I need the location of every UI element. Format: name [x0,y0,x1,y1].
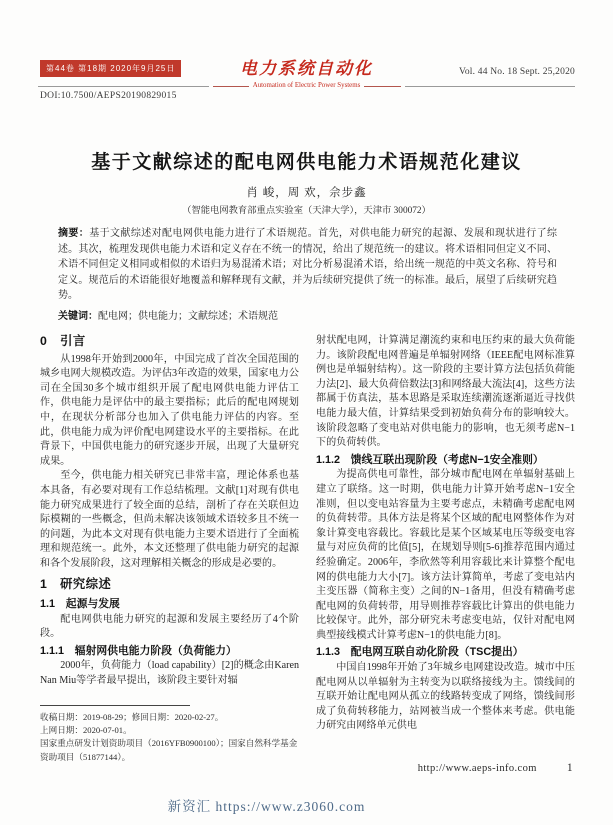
authors: 肖 峻，周 欢，佘步鑫 [0,184,613,200]
journal-site-url: http://www.aeps-info.com [418,763,537,774]
heading-origin: 1.1 起源与发展 [40,597,299,612]
footnote-block: 收稿日期：2019-08-29；修回日期：2020-02-27。 上网日期：20… [40,700,299,764]
paragraph: 从1998年开始到2000年，中国完成了首次全国范围的城乡电网大规模改造。为评估… [40,353,299,470]
paragraph: 至今，供电能力相关研究已非常丰富，理论体系也基本具备，有必要对现有工作总结梳理。… [40,469,299,571]
heading-stage2: 1.1.2 馈线互联出现阶段（考虑N−1安全准则） [316,453,575,468]
heading-introduction: 0 引言 [40,334,299,349]
journal-name-cn: 电力系统自动化 [213,57,401,82]
right-column: 射状配电网，计算满足潮流约束和电压约束的最大负荷能力。该阶段配电网普遍是单辐射网… [316,334,575,764]
paper-title: 基于文献综述的配电网供电能力术语规范化建议 [20,147,593,174]
footnote-funding: 国家重点研发计划资助项目（2016YFB0900100）；国家自然科学基金资助项… [40,737,299,764]
paragraph-continued: 射状配电网，计算满足潮流约束和电压约束的最大负荷能力。该阶段配电网普遍是单辐射网… [316,334,575,451]
keywords-row: 关键词：配电网；供电能力；文献综述；术语规范 [58,309,557,325]
doi-text: DOI:10.7500/AEPS20190829015 [40,91,177,101]
page-number: 1 [567,762,573,774]
journal-logo: 电力系统自动化 Automation of Electric Power Sys… [209,57,405,91]
abstract-paragraph: 摘要：基于文献综述对配电网供电能力进行了术语规范。首先，对供电能力研究的起源、发… [58,226,557,304]
keywords-text: 配电网；供电能力；文献综述；术语规范 [98,311,278,322]
journal-name-en: Automation of Electric Power Systems [213,82,401,91]
body-columns: 0 引言 从1998年开始到2000年，中国完成了首次全国范围的城乡电网大规模改… [40,334,575,764]
paragraph: 配电网供电能力研究的起源和发展主要经历了4个阶段。 [40,613,299,642]
paragraph: 中国自1998年开始了3年城乡电网建设改造。城市中压配电网从以单辐射为主转变为以… [316,661,575,734]
abstract-text: 基于文献综述对配电网供电能力进行了术语规范。首先，对供电能力研究的起源、发展和现… [58,228,557,301]
heading-stage3: 1.1.3 配电网互联自动化阶段（TSC提出） [316,645,575,660]
volume-info: Vol. 44 No. 18 Sept. 25,2020 [459,67,575,77]
left-column: 0 引言 从1998年开始到2000年，中国完成了首次全国范围的城乡电网大规模改… [40,334,299,764]
heading-stage1: 1.1.1 辐射网供电能力阶段（负荷能力） [40,644,299,659]
keywords-label: 关键词： [58,311,98,322]
footnote-online-date: 上网日期：2020-07-01。 [40,724,299,737]
footnote-dates: 收稿日期：2019-08-29；修回日期：2020-02-27。 [40,711,299,724]
issue-info-badge: 第44卷 第18期 2020年9月25日 [40,60,181,77]
watermark-text: 新资汇 https://www.z3060.com [0,795,533,815]
abstract-block: 摘要：基于文献综述对配电网供电能力进行了术语规范。首先，对供电能力研究的起源、发… [58,226,557,324]
paragraph: 为提高供电可靠性，部分城市配电网在单辐射基础上建立了联络。这一时期，供电能力计算… [316,468,575,643]
affiliation: （智能电网教育部重点实验室（天津大学），天津市 300072） [0,202,613,216]
paragraph: 2000年，负荷能力（load capability）[2]的概念由Karen … [40,659,299,688]
footnote-divider [40,705,190,706]
journal-footer: http://www.aeps-info.com 1 [305,762,573,774]
paper-page: 第44卷 第18期 2020年9月25日 DOI:10.7500/AEPS201… [0,0,613,825]
journal-header: 第44卷 第18期 2020年9月25日 DOI:10.7500/AEPS201… [38,60,575,106]
heading-review: 1 研究综述 [40,577,299,592]
abstract-label: 摘要： [58,228,89,239]
